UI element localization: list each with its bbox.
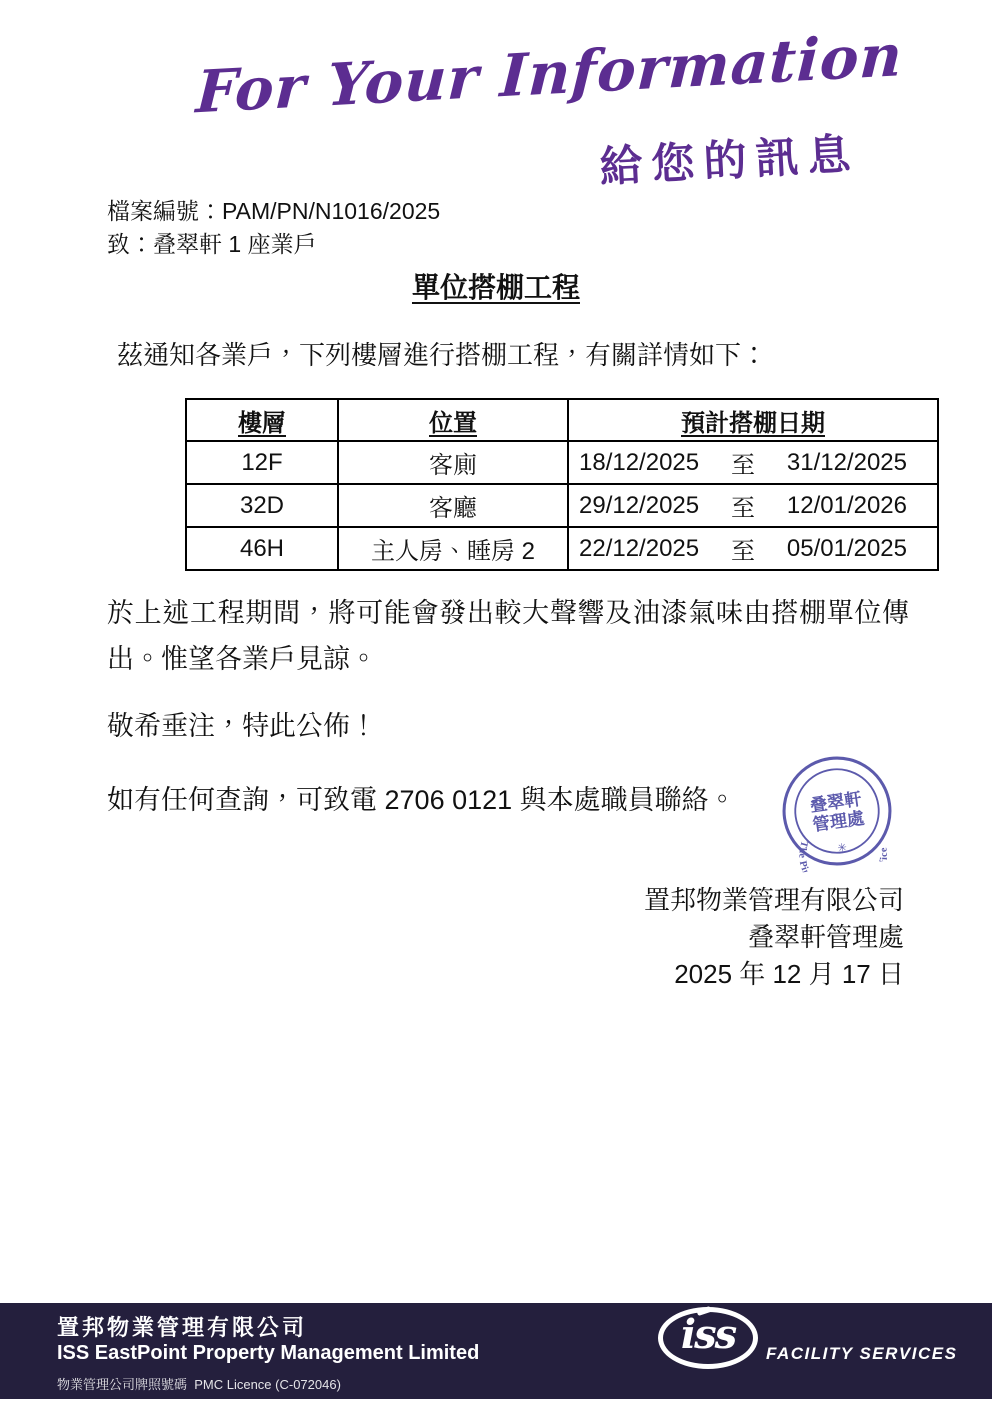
stamp-star-icon: ✳ [837,842,848,855]
iss-logo: iss [658,1307,758,1369]
date-to: 12/01/2026 [787,492,907,520]
floor-cell: 12F [186,441,338,484]
inquiry-suffix: 與本處職員聯絡。 [512,785,736,815]
signature-block: 置邦物業管理有限公司 叠翠軒管理處 2025 年 12 月 17 日 [644,882,904,993]
office-stamp: The Pinnacle Management Office 叠翠軒 管理處 ✳ [774,748,900,874]
notice-document: For Your Information 給您的訊息 檔案編號：PAM/PN/N… [0,0,992,1403]
recipient-line: 致：叠翠軒 1 座業戶 [107,226,317,259]
footer-bar: 置邦物業管理有限公司 ISS EastPoint Property Manage… [0,1303,992,1399]
date-separator: 至 [731,488,755,523]
inquiry-prefix: 如有任何查詢，可致電 [107,785,385,815]
inquiry-line: 如有任何查詢，可致電 2706 0121 與本處職員聯絡。 [107,778,736,817]
location-cell: 客廁 [338,441,568,484]
date-cell: 18/12/2025 至 31/12/2025 [568,441,938,484]
notice-title: 單位搭棚工程 [0,266,992,306]
intro-text: 茲通知各業戶，下列樓層進行搭棚工程，有關詳情如下： [117,335,767,372]
footer-licence: 物業管理公司牌照號碼 PMC Licence (C-072046) [57,1374,341,1393]
date-cell: 22/12/2025 至 05/01/2025 [568,527,938,570]
table-row: 46H 主人房、睡房 2 22/12/2025 至 05/01/2025 [186,527,938,570]
file-reference: 檔案編號：PAM/PN/N1016/2025 [107,193,440,226]
date-from: 18/12/2025 [579,449,699,477]
signature-company: 置邦物業管理有限公司 [644,882,904,919]
location-cell: 客廳 [338,484,568,527]
date-to: 31/12/2025 [787,449,907,477]
footer-company-zh: 置邦物業管理有限公司 [57,1311,307,1342]
fyi-chinese-script: 給您的訊息 [598,120,861,195]
phone-number: 2706 0121 [385,785,513,815]
signature-office: 叠翠軒管理處 [644,919,904,956]
fyi-script-logo: For Your Information [194,27,797,127]
location-cell: 主人房、睡房 2 [338,527,568,570]
header-dates: 預計搭棚日期 [568,399,938,441]
date-from: 29/12/2025 [579,492,699,520]
date-separator: 至 [731,531,755,566]
floor-cell: 32D [186,484,338,527]
date-cell: 29/12/2025 至 12/01/2026 [568,484,938,527]
date-separator: 至 [731,445,755,480]
notice-title-text: 單位搭棚工程 [412,272,580,303]
table-header-row: 樓層 位置 預計搭棚日期 [186,399,938,441]
date-to: 05/01/2025 [787,535,907,563]
footer-company-en: ISS EastPoint Property Management Limite… [57,1342,479,1365]
table-row: 32D 客廳 29/12/2025 至 12/01/2026 [186,484,938,527]
header-location: 位置 [338,399,568,441]
works-table: 樓層 位置 預計搭棚日期 12F 客廁 18/12/2025 至 31/12/2… [185,398,939,571]
body-paragraph: 於上述工程期間，將可能會發出較大聲響及油漆氣味由搭棚單位傳出。惟望各業戶見諒。 [107,590,909,682]
date-from: 22/12/2025 [579,535,699,563]
header-floor: 樓層 [186,399,338,441]
iss-logo-text: iss [681,1315,735,1355]
closing-line: 敬希垂注，特此公佈！ [107,704,377,743]
table-row: 12F 客廁 18/12/2025 至 31/12/2025 [186,441,938,484]
floor-cell: 46H [186,527,338,570]
signature-date: 2025 年 12 月 17 日 [644,956,904,993]
facility-services-label: FACILITY SERVICES [766,1344,957,1364]
